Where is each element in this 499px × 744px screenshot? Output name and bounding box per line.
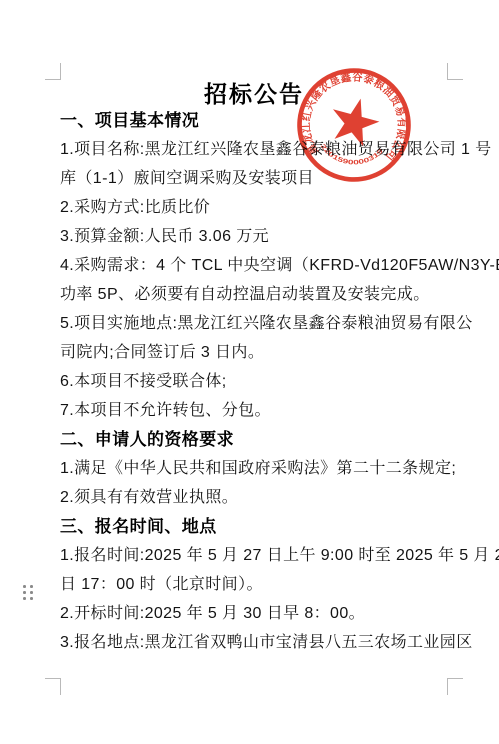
doc-line: 日 17：00 时（北京时间）。 xyxy=(60,570,450,599)
doc-body: 一、项目基本情况 1.项目名称:黑龙江红兴隆农垦鑫谷泰粮油贸易有限公司 1 号 … xyxy=(60,106,450,657)
doc-line: 4.采购需求：4 个 TCL 中央空调（KFRD-Vd120F5AW/N3Y-E… xyxy=(60,251,450,280)
crop-mark-top-left xyxy=(45,63,61,80)
doc-line: 1.报名时间:2025 年 5 月 27 日上午 9:00 时至 2025 年 … xyxy=(60,541,450,570)
doc-line: 5.项目实施地点:黑龙江红兴隆农垦鑫谷泰粮油贸易有限公 xyxy=(60,309,450,338)
doc-line: 1.满足《中华人民共和国政府采购法》第二十二条规定; xyxy=(60,454,450,483)
doc-line: 7.本项目不允许转包、分包。 xyxy=(60,396,450,425)
doc-line: 司院内;合同签订后 3 日内。 xyxy=(60,338,450,367)
crop-mark-bottom-left xyxy=(45,678,61,695)
section-heading: 三、报名时间、地点 xyxy=(60,512,450,541)
doc-line: 2.开标时间:2025 年 5 月 30 日早 8：00。 xyxy=(60,599,450,628)
section-heading: 二、申请人的资格要求 xyxy=(60,425,450,454)
paragraph-drag-handle-icon[interactable] xyxy=(23,585,35,602)
doc-title: 招标公告 xyxy=(60,76,448,109)
doc-line: 3.报名地点:黑龙江省双鸭山市宝清县八五三农场工业园区 xyxy=(60,628,450,657)
section-heading: 一、项目基本情况 xyxy=(60,106,450,135)
crop-mark-top-right xyxy=(447,63,463,80)
doc-line: 1.项目名称:黑龙江红兴隆农垦鑫谷泰粮油贸易有限公司 1 号 xyxy=(60,135,450,164)
doc-line: 库（1-1）廒间空调采购及安装项目 xyxy=(60,164,450,193)
doc-line: 3.预算金额:人民币 3.06 万元 xyxy=(60,222,450,251)
crop-mark-bottom-right xyxy=(447,678,463,695)
doc-line: 6.本项目不接受联合体; xyxy=(60,367,450,396)
doc-line: 功率 5P、必须要有自动控温启动装置及安装完成。 xyxy=(60,280,450,309)
doc-line: 2.须具有有效营业执照。 xyxy=(60,483,450,512)
doc-line: 2.采购方式:比质比价 xyxy=(60,193,450,222)
document-page: 招标公告 一、项目基本情况 1.项目名称:黑龙江红兴隆农垦鑫谷泰粮油贸易有限公司… xyxy=(0,0,499,744)
